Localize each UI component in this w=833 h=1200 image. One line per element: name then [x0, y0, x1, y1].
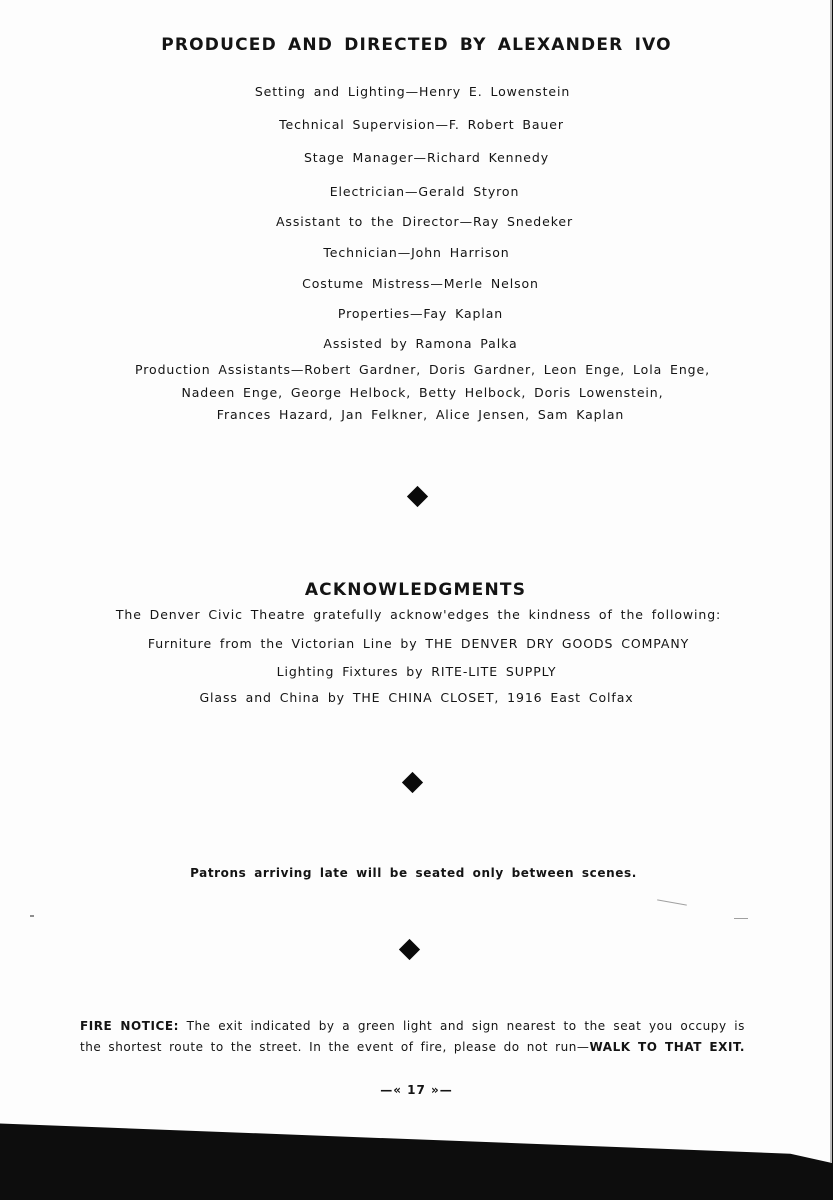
fire-notice-text: The exit indicated by a green light and … — [187, 1019, 745, 1033]
ornament-right-icon: »— — [431, 1083, 453, 1097]
page-number-value: 17 — [407, 1083, 426, 1097]
scan-artifact — [657, 899, 687, 905]
fire-notice: FIRE NOTICE: The exit indicated by a gre… — [80, 1016, 745, 1058]
ornament-left-icon: —« — [380, 1083, 402, 1097]
production-assistants-line: Production Assistants—Robert Gardner, Do… — [6, 362, 833, 377]
late-seating-notice: Patrons arriving late will be seated onl… — [0, 866, 830, 880]
credit-line: Technical Supervision—F. Robert Bauer — [5, 117, 833, 132]
fire-notice-emphasis: WALK TO THAT EXIT. — [589, 1040, 745, 1054]
credit-line: Technician—John Harrison — [0, 245, 833, 260]
scan-artifact — [30, 915, 34, 917]
credit-line: Costume Mistress—Merle Nelson — [4, 276, 833, 291]
acknowledgment-line: Glass and China by THE CHINA CLOSET, 191… — [0, 690, 833, 705]
acknowledgment-line: The Denver Civic Theatre gratefully ackn… — [2, 607, 833, 622]
fire-notice-text: the shortest route to the street. In the… — [80, 1040, 589, 1054]
credit-line: Assisted by Ramona Palka — [4, 336, 833, 351]
fire-notice-line-1: FIRE NOTICE: The exit indicated by a gre… — [80, 1016, 745, 1037]
program-page: PRODUCED AND DIRECTED BY ALEXANDER IVO S… — [0, 0, 832, 1163]
credit-line: Stage Manager—Richard Kennedy — [10, 150, 833, 165]
diamond-separator-icon — [407, 486, 428, 507]
scan-artifact — [734, 918, 748, 919]
credit-line: Assistant to the Director—Ray Snedeker — [8, 214, 833, 229]
acknowledgment-line: Furniture from the Victorian Line by THE… — [2, 636, 833, 651]
credit-line: Properties—Fay Kaplan — [4, 306, 833, 321]
diamond-separator-icon — [402, 772, 423, 793]
production-assistants-line: Frances Hazard, Jan Felkner, Alice Jense… — [4, 407, 833, 422]
acknowledgments-heading: ACKNOWLEDGMENTS — [0, 580, 832, 600]
production-assistants-line: Nadeen Enge, George Helbock, Betty Helbo… — [6, 385, 833, 400]
credit-line: Electrician—Gerald Styron — [8, 184, 833, 199]
acknowledgment-line: Lighting Fixtures by RITE-LITE SUPPLY — [0, 664, 833, 679]
diamond-separator-icon — [399, 939, 420, 960]
credit-line: Setting and Lighting—Henry E. Lowenstein — [0, 84, 829, 99]
production-heading: PRODUCED AND DIRECTED BY ALEXANDER IVO — [0, 35, 833, 55]
fire-notice-line-2: the shortest route to the street. In the… — [80, 1037, 745, 1058]
fire-notice-label: FIRE NOTICE: — [80, 1019, 179, 1033]
page-number: —« 17 »— — [0, 1083, 833, 1097]
